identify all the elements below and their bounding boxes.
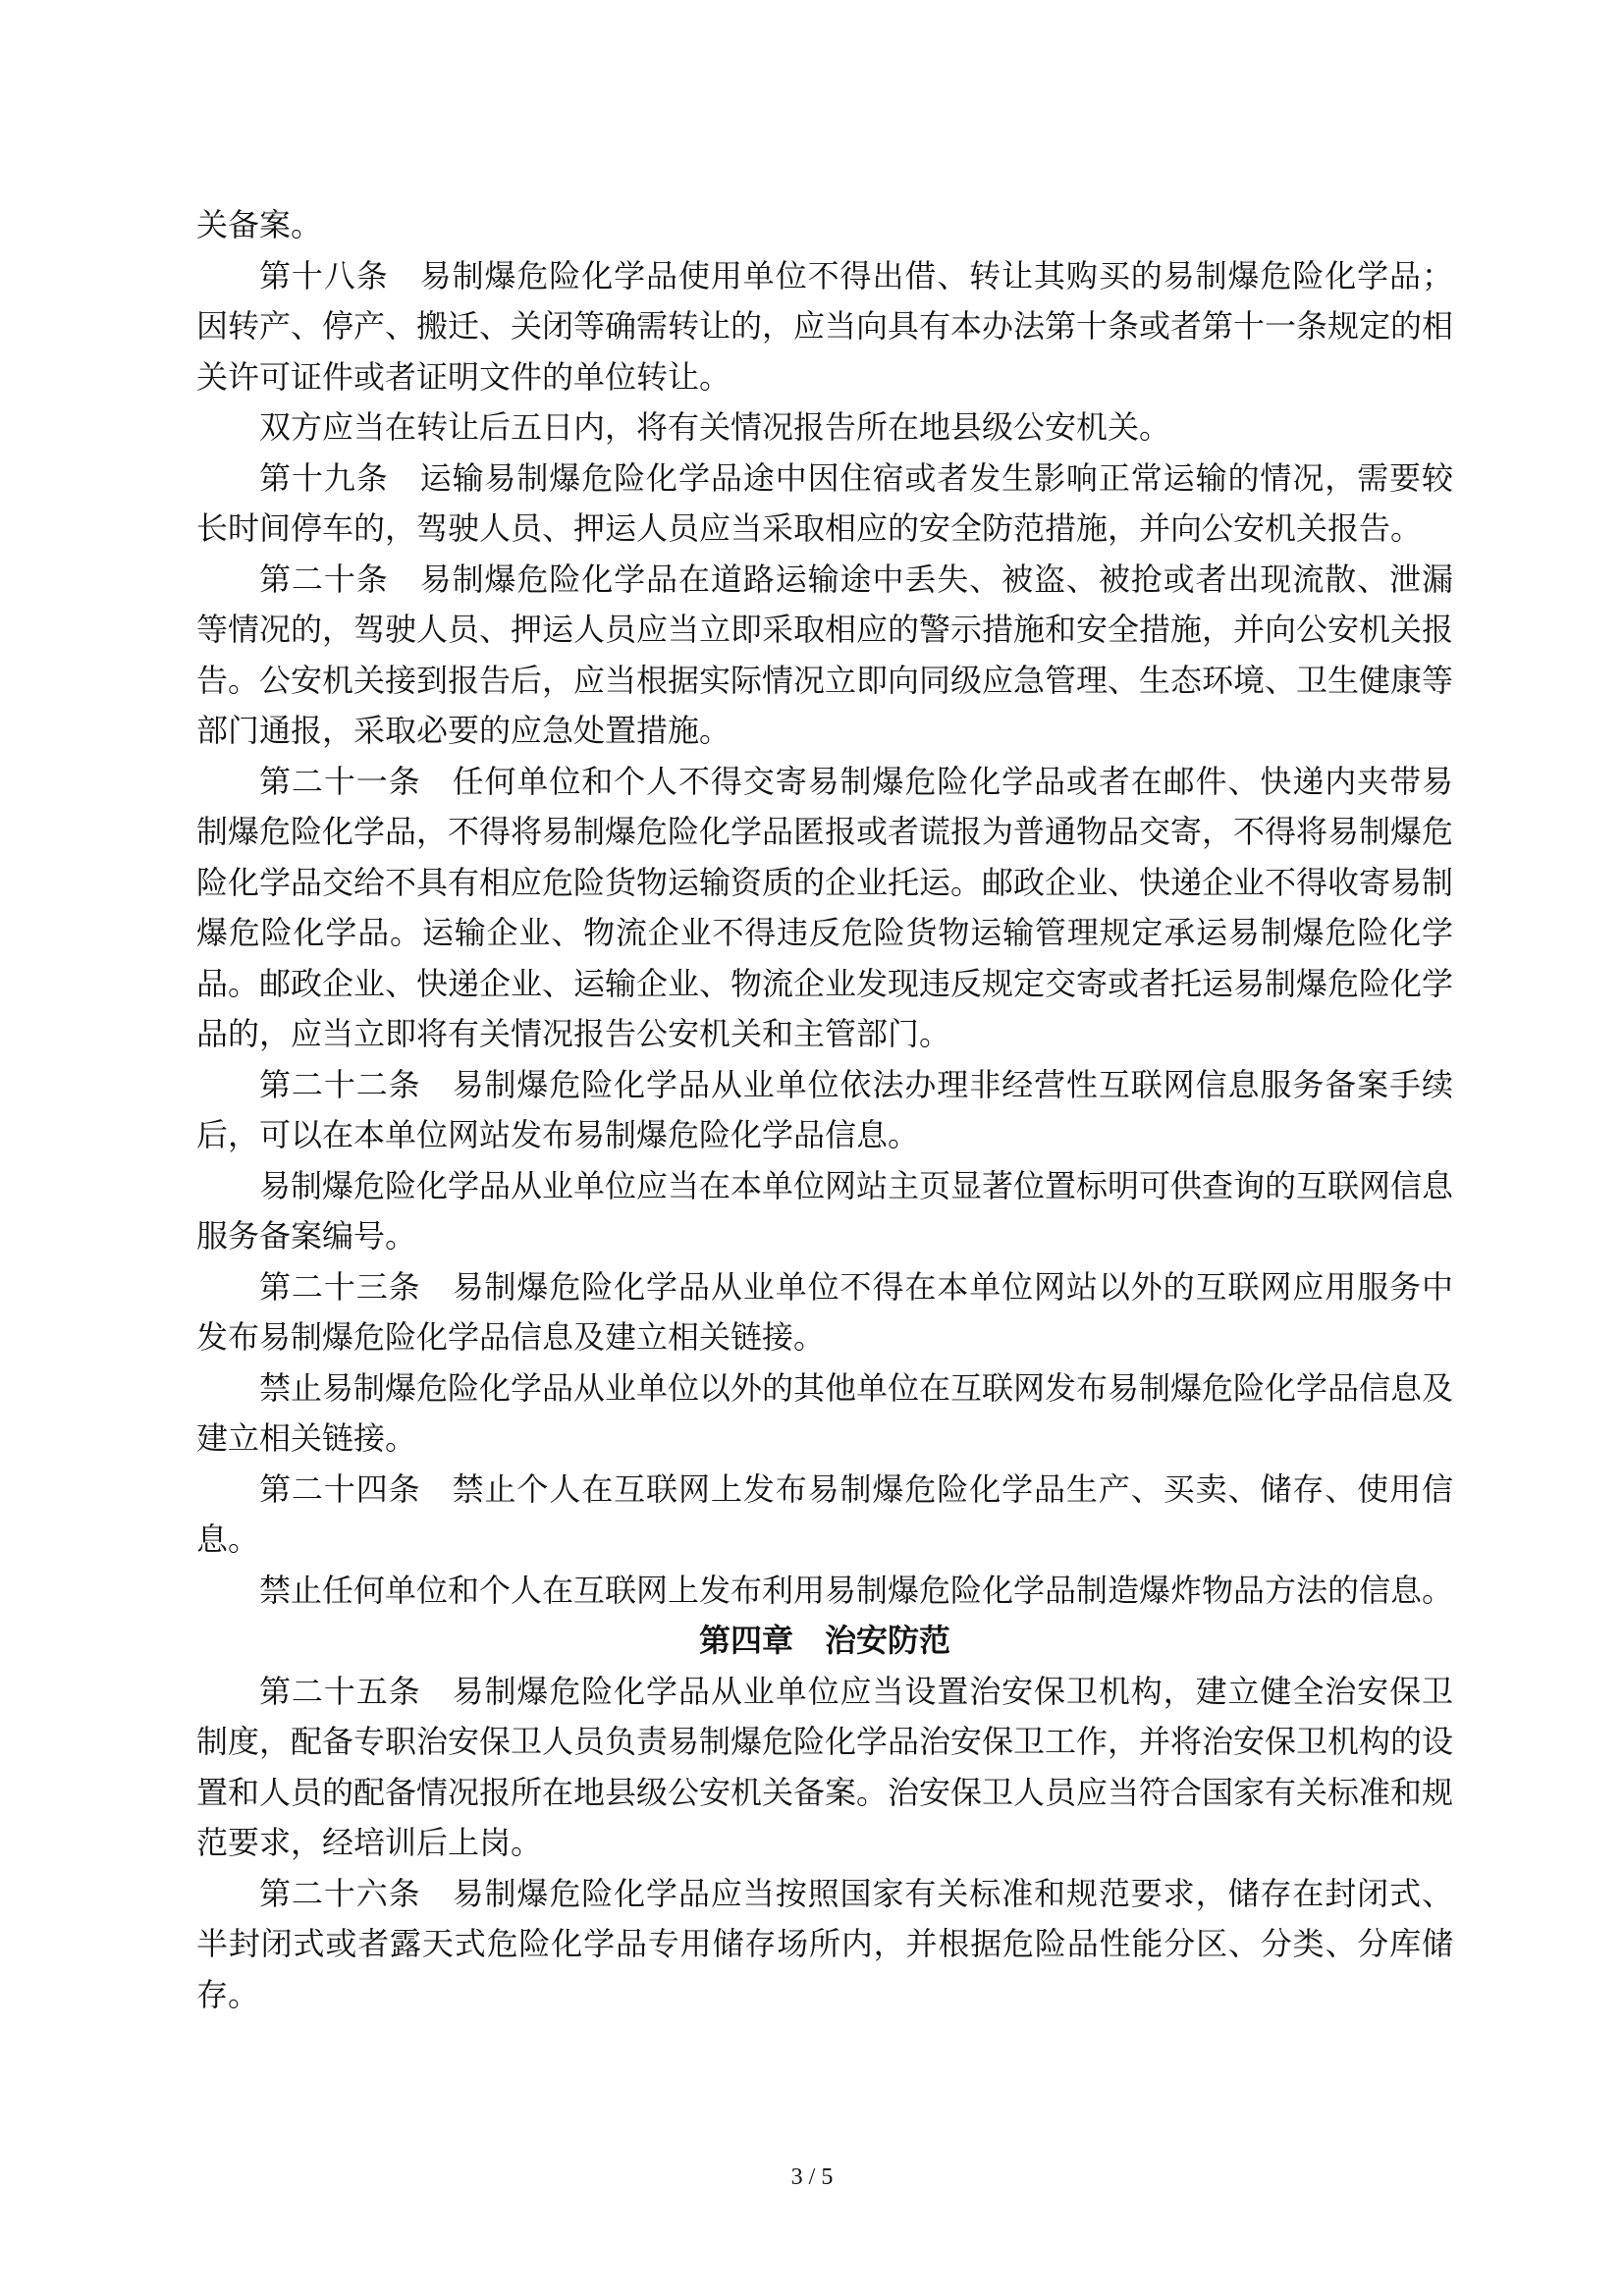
paragraph-body: 禁止易制爆危险化学品从业单位以外的其他单位在互联网发布易制爆危险化学品信息及建立…: [196, 1363, 1453, 1465]
article-number: 第二十五条: [259, 1673, 421, 1710]
article-number: 第二十二条: [259, 1066, 421, 1103]
article-24: 第二十四条禁止个人在互联网上发布易制爆危险化学品生产、买卖、储存、使用信息。: [196, 1465, 1453, 1566]
article-22: 第二十二条易制爆危险化学品从业单位依法办理非经营性互联网信息服务备案手续后，可以…: [196, 1060, 1453, 1161]
article-23: 第二十三条易制爆危险化学品从业单位不得在本单位网站以外的互联网应用服务中发布易制…: [196, 1262, 1453, 1363]
article-number: 第十九条: [259, 459, 389, 497]
article-21: 第二十一条任何单位和个人不得交寄易制爆危险化学品或者在邮件、快递内夹带易制爆危险…: [196, 757, 1453, 1060]
article-25: 第二十五条易制爆危险化学品从业单位应当设置治安保卫机构，建立健全治安保卫制度，配…: [196, 1667, 1453, 1869]
page-number: 3 / 5: [0, 2164, 1624, 2191]
paragraph-body: 双方应当在转让后五日内，将有关情况报告所在地县级公安机关。: [196, 402, 1453, 454]
article-number: 第二十六条: [259, 1875, 421, 1912]
chapter-number: 第四章: [699, 1622, 793, 1659]
article-number: 第二十四条: [259, 1470, 421, 1508]
article-number: 第十八条: [259, 257, 389, 294]
article-number: 第二十条: [259, 561, 389, 598]
article-text: 任何单位和个人不得交寄易制爆危险化学品或者在邮件、快递内夹带易制爆危险化学品，不…: [196, 763, 1453, 1053]
article-18: 第十八条易制爆危险化学品使用单位不得出借、转让其购买的易制爆危险化学品；因转产、…: [196, 251, 1453, 403]
article-26: 第二十六条易制爆危险化学品应当按照国家有关标准和规范要求，储存在封闭式、半封闭式…: [196, 1869, 1453, 2021]
article-20: 第二十条易制爆危险化学品在道路运输途中丢失、被盗、被抢或者出现流散、泄漏等情况的…: [196, 555, 1453, 757]
paragraph-continuation: 关备案。: [196, 200, 1453, 251]
article-number: 第二十三条: [259, 1268, 421, 1306]
article-number: 第二十一条: [259, 763, 421, 800]
chapter-heading: 第四章治安防范: [196, 1616, 1453, 1667]
paragraph-body: 易制爆危险化学品从业单位应当在本单位网站主页显著位置标明可供查询的互联网信息服务…: [196, 1161, 1453, 1262]
paragraph-body: 禁止任何单位和个人在互联网上发布利用易制爆危险化学品制造爆炸物品方法的信息。: [196, 1566, 1453, 1617]
document-page: 关备案。 第十八条易制爆危险化学品使用单位不得出借、转让其购买的易制爆危险化学品…: [196, 200, 1453, 2020]
article-19: 第十九条运输易制爆危险化学品途中因住宿或者发生影响正常运输的情况，需要较长时间停…: [196, 454, 1453, 555]
chapter-title: 治安防范: [825, 1622, 950, 1659]
